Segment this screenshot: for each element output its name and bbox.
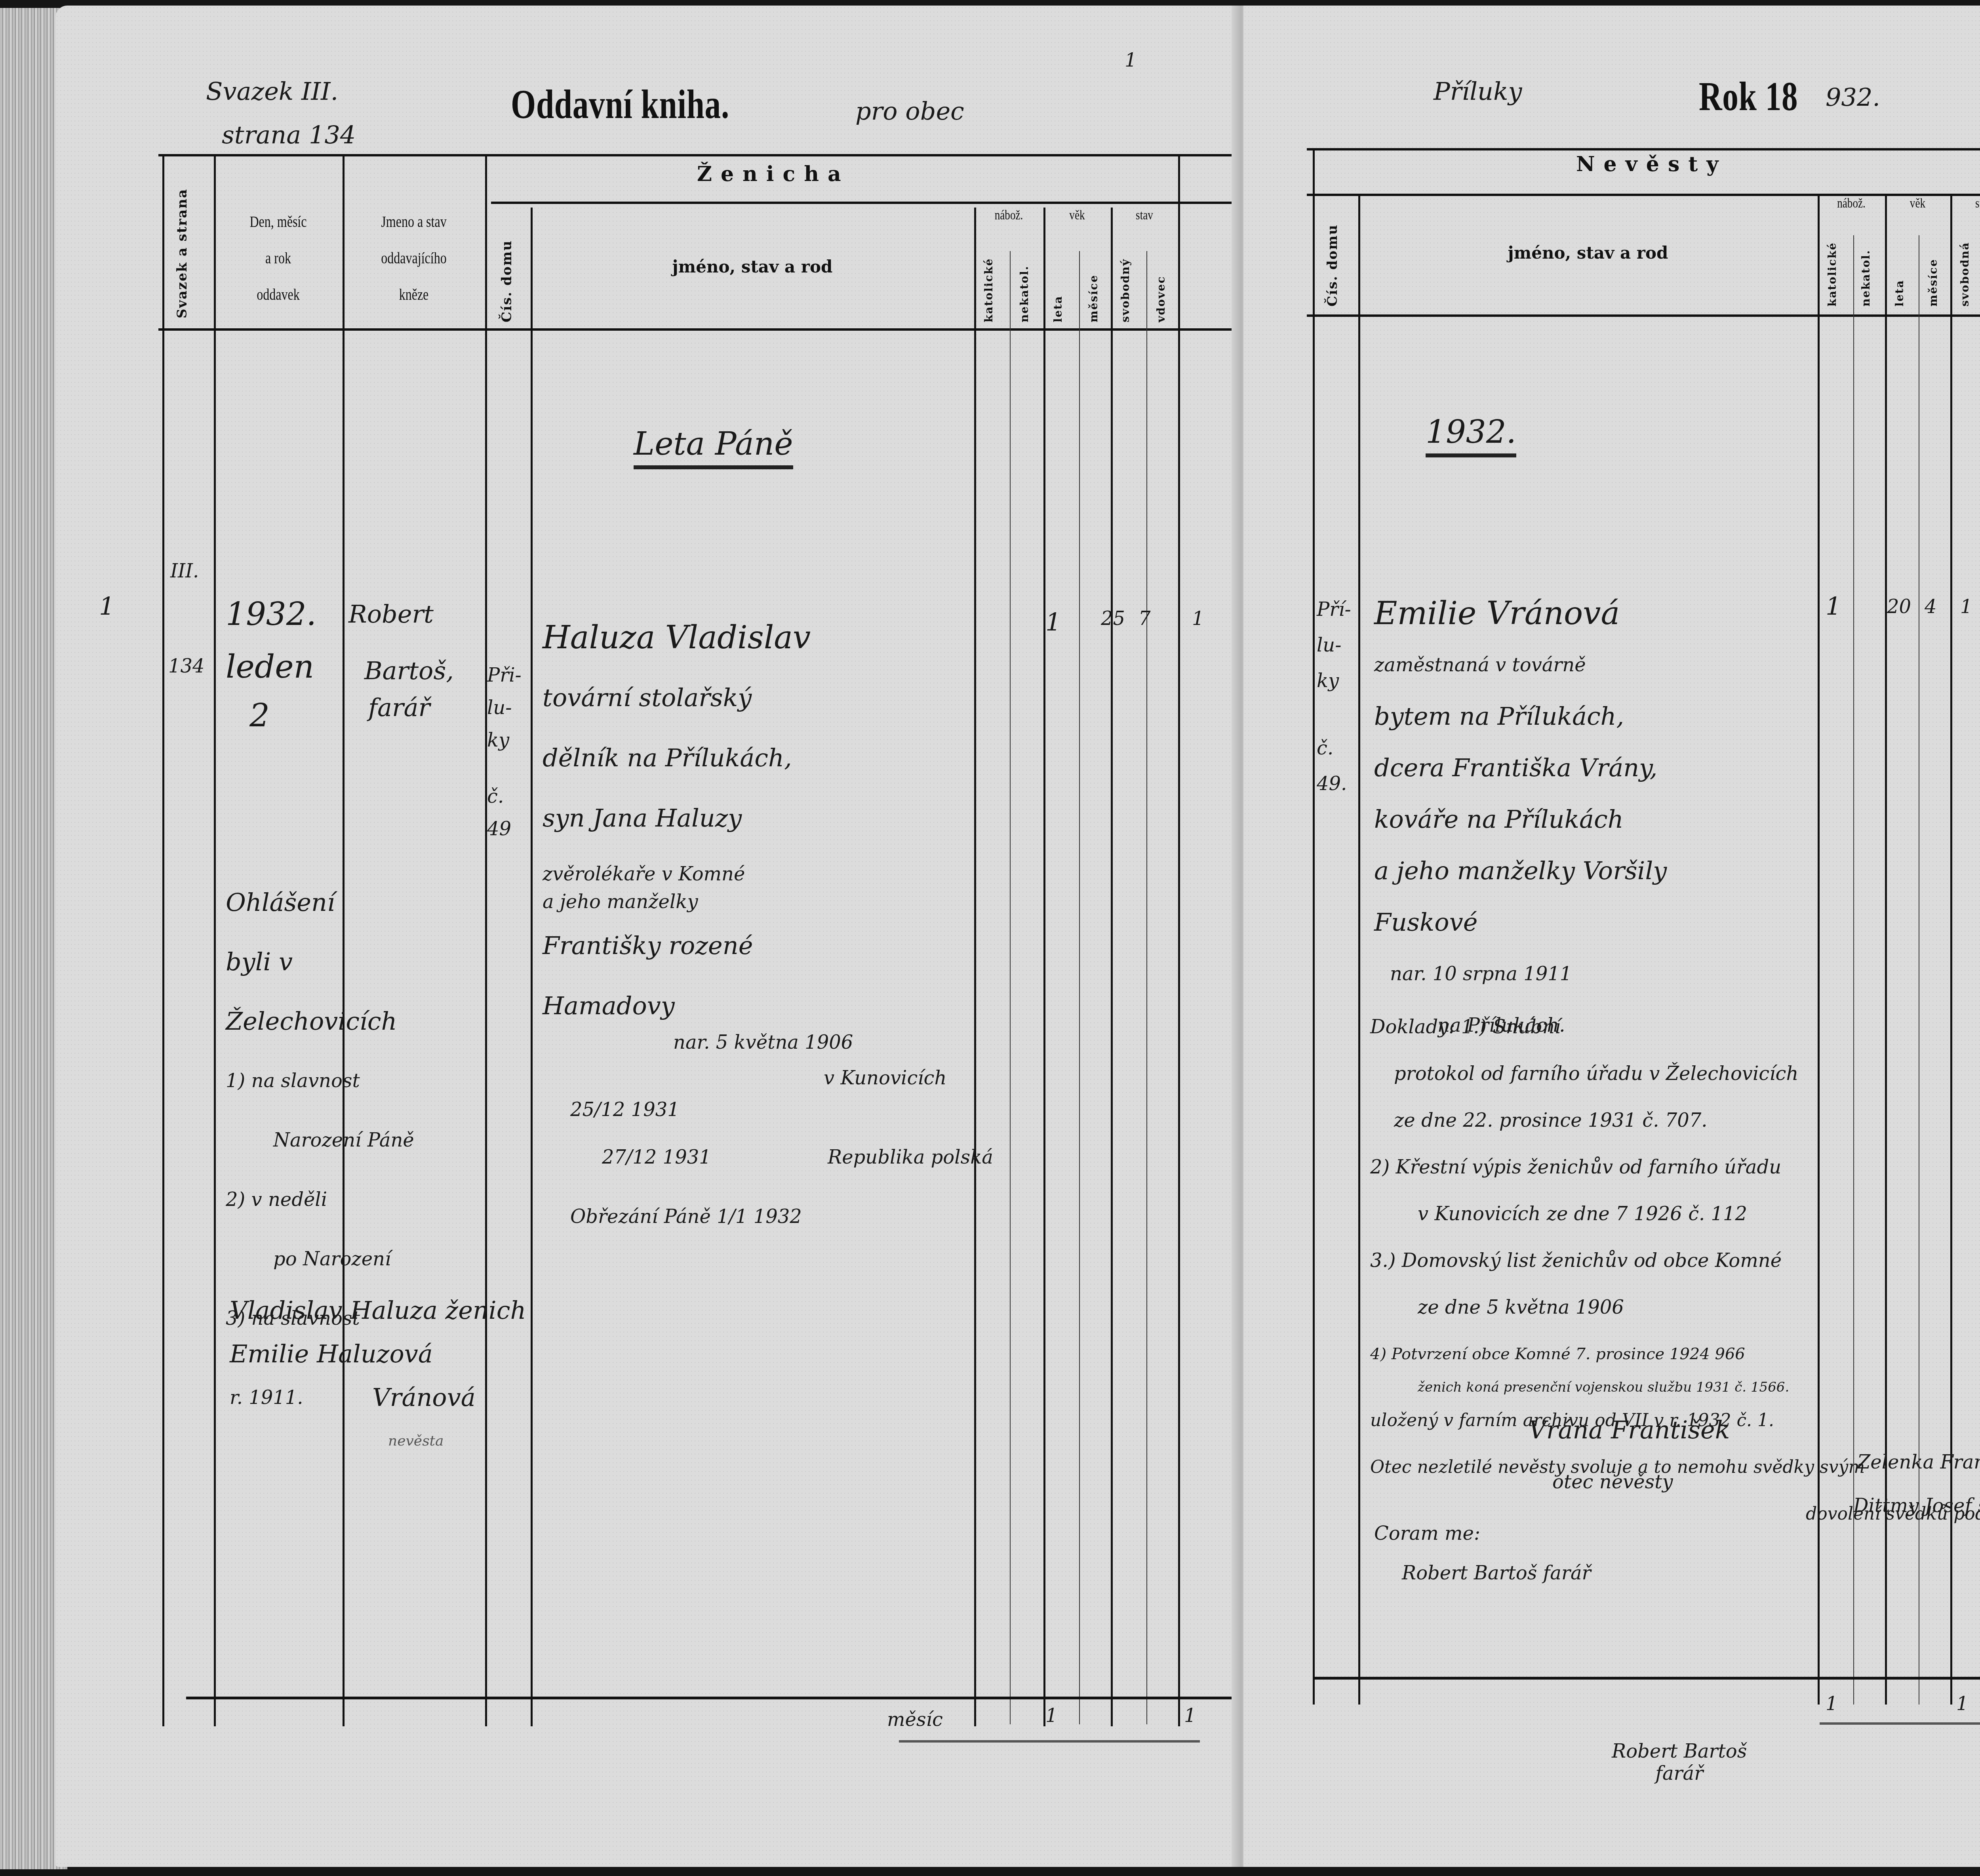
- col-rule: [1313, 148, 1315, 1705]
- col-rule: [1178, 154, 1180, 1726]
- document-line: protokol od farního úřadu v Želechovicíc…: [1394, 1050, 1980, 1097]
- title-suffix: pro obec: [855, 97, 964, 126]
- col-header-house: Čís. domu: [499, 239, 515, 322]
- house-line: ky: [1317, 663, 1351, 699]
- bride-line: bytem na Přílukách,: [1374, 691, 1667, 742]
- house-line: 49: [487, 813, 522, 845]
- page-corner-mark: 1: [1125, 49, 1137, 71]
- page-title: Oddavní kniha.: [511, 81, 729, 128]
- priest-line: Bartoš,: [364, 656, 454, 685]
- header-bottom-rule: [158, 328, 1243, 331]
- col-header-priest: Jmeno a stav oddavajícího kněze: [357, 204, 471, 313]
- priest-line: Robert: [348, 600, 454, 629]
- groom-age-months: 7: [1138, 608, 1151, 630]
- footer-rule: [186, 1697, 1243, 1699]
- col-header-bride-name: jméno, stav a rod: [1358, 243, 1818, 263]
- house-line: lu-: [1317, 627, 1351, 663]
- groom-birth: nar. 5 května 1906: [673, 1031, 853, 1053]
- footer-tally-catholic: 1: [1045, 1705, 1058, 1727]
- bride-details: Emilie Vránová zaměstnaná v továrně byte…: [1374, 588, 1667, 1051]
- footer-rule: [1315, 1677, 1980, 1680]
- col-header-years: leta: [1893, 275, 1906, 307]
- col-header-single: svobodný: [1119, 251, 1132, 322]
- date-month: leden: [226, 648, 316, 685]
- footer-signature-title: farář: [1612, 1762, 1747, 1785]
- section-header-bride: Nevěsty: [1576, 152, 1727, 176]
- banns-line: 2) v neděli: [226, 1170, 414, 1229]
- col-header-age: věk: [1892, 192, 1944, 215]
- signature-father: Vrána František: [1529, 1415, 1730, 1444]
- groom-line: Františky rozené: [543, 916, 811, 976]
- groom-line: tovární stolařský: [543, 668, 811, 728]
- bride-catholic: 1: [1826, 592, 1841, 621]
- bride-line: a jeho manželky Voršily: [1374, 845, 1667, 897]
- signature-line: nevěsta: [388, 1419, 526, 1463]
- groom-age-years: 25: [1101, 608, 1125, 630]
- header-bottom-rule: [1307, 314, 1980, 317]
- signature-father-label: otec nevěsty: [1552, 1471, 1673, 1493]
- banns-date-3: Obřezání Páně 1/1 1932: [570, 1206, 802, 1228]
- footer-tally-catholic: 1: [1826, 1693, 1838, 1715]
- col-rule: [1043, 208, 1045, 1726]
- col-rule: [1146, 251, 1147, 1724]
- year-handwritten: 932.: [1826, 83, 1880, 112]
- groom-line: dělník na Přílukách,: [543, 728, 811, 788]
- banns-notes: Ohlášení byli v Želechovicích 1) na slav…: [226, 873, 414, 1348]
- banns-line: Narození Páně: [273, 1110, 414, 1170]
- right-page: Příluky Rok 18 932. Nevěsty Svědkův Čís.…: [1243, 6, 1980, 1867]
- groom-details: Haluza Vladislav tovární stolařský dělní…: [543, 608, 811, 1036]
- bride-line: nar. 10 srpna 1911: [1390, 948, 1667, 1000]
- banns-line: Želechovicích: [226, 992, 414, 1051]
- col-header-years: leta: [1051, 291, 1064, 322]
- col-header-noncatholic: nekatol.: [1018, 255, 1031, 322]
- banns-line: po Narození: [273, 1229, 414, 1289]
- header-line: oddavek: [227, 276, 330, 313]
- coram-me: Coram me:: [1374, 1522, 1480, 1545]
- bride-line: Fuskové: [1374, 897, 1667, 948]
- footer-tally-label: měsíc: [887, 1708, 943, 1731]
- table-top-rule: [158, 154, 1243, 156]
- groom-birthplace: v Kunovicích: [824, 1067, 946, 1089]
- header-line: Jmeno a stav: [357, 204, 471, 240]
- section-rule: [1307, 194, 1980, 196]
- header-line: Den, měsíc: [227, 204, 330, 240]
- col-header-catholic: katolické: [982, 251, 995, 322]
- col-rule: [162, 154, 164, 1726]
- section-header-groom: Ženicha: [697, 162, 850, 186]
- document-line: 2) Křestní výpis ženichův od farního úřa…: [1370, 1144, 1980, 1190]
- house-line: ky: [487, 724, 522, 756]
- signature-priest: Robert Bartoš farář: [1402, 1562, 1591, 1584]
- bride-line: zaměstnaná v továrně: [1374, 639, 1667, 691]
- col-header-house: Čís. domu: [1325, 223, 1340, 307]
- col-header-status: stav: [1118, 204, 1171, 227]
- document-line: v Kunovicích ze dne 7 1926 č. 112: [1418, 1190, 1980, 1237]
- house-line: č.: [1317, 730, 1351, 766]
- col-header-religion: nábož.: [1824, 192, 1878, 215]
- col-rule: [1010, 251, 1011, 1724]
- footer-tally-rule: [1820, 1722, 1980, 1725]
- year-title: Rok 18: [1699, 73, 1798, 120]
- bride-line: kováře na Přílukách: [1374, 794, 1667, 845]
- bride-single: 1: [1960, 596, 1972, 618]
- margin-note-svazek: Svazek III.: [206, 77, 338, 106]
- document-line: 3.) Domovský list ženichův od obce Komné: [1370, 1237, 1980, 1284]
- house-line: Při-: [487, 659, 522, 691]
- col-rule: [531, 208, 533, 1726]
- signature-witness-zelenka: Zelenka František svědek: [1857, 1451, 1980, 1473]
- col-rule: [1111, 208, 1113, 1726]
- signature-line: Vladislav Haluza ženich: [230, 1289, 526, 1332]
- footer-tally-rule: [899, 1740, 1200, 1743]
- document-line: 4) Potvrzení obce Komné 7. prosince 1924…: [1370, 1331, 1980, 1377]
- house-line: lu-: [487, 691, 522, 724]
- banns-date-1: 25/12 1931: [570, 1099, 680, 1121]
- header-line: a rok: [227, 240, 330, 276]
- signature-line: Emilie Haluzová: [230, 1332, 526, 1376]
- groom-line: zvěrolékaře v Komné: [543, 860, 811, 888]
- col-rule: [485, 154, 487, 1726]
- entry-date: 1932. leden 2: [226, 596, 316, 734]
- groom-line: Haluza Vladislav: [543, 608, 811, 668]
- section-heading-leta-pane: Leta Páně: [634, 425, 793, 469]
- banns-line: 1) na slavnost: [226, 1051, 414, 1110]
- col-header-single: svobodná: [1958, 235, 1971, 307]
- place-name: Příluky: [1434, 77, 1522, 106]
- col-header-date: Den, měsíc a rok oddavek: [227, 204, 330, 313]
- banns-date-2: 27/12 1931: [602, 1146, 711, 1168]
- house-line: č.: [487, 780, 522, 813]
- banns-line: byli v: [226, 932, 414, 992]
- bride-line: dcera Františka Vrány,: [1374, 742, 1667, 794]
- entry-strana: 134: [168, 655, 205, 677]
- table-top-rule: [1307, 148, 1980, 150]
- document-line: Doklady: 1.) Snubní: [1370, 1004, 1980, 1050]
- entry-house: Při- lu- ky č. 49: [487, 659, 522, 845]
- header-line: kněze: [357, 276, 471, 313]
- row-number: 1: [99, 592, 114, 621]
- col-rule: [214, 154, 216, 1726]
- date-day: 2: [249, 697, 316, 734]
- col-header-religion: nábož.: [981, 204, 1037, 227]
- groom-line: syn Jana Haluzy: [543, 788, 811, 848]
- col-rule: [974, 208, 976, 1726]
- col-header-svazek-strana: Svazek a strana: [174, 176, 190, 318]
- groom-line: Hamadovy: [543, 976, 811, 1036]
- margin-note-strana: strana 134: [222, 120, 356, 149]
- bride-line: Emilie Vránová: [1374, 588, 1667, 639]
- col-header-catholic: katolické: [1826, 235, 1839, 307]
- signature-line: Vránová: [372, 1376, 526, 1419]
- left-page: Svazek III. strana 134 Oddavní kniha. pr…: [55, 6, 1243, 1867]
- entry-house: Pří- lu- ky č. 49.: [1317, 592, 1351, 802]
- col-rule: [1358, 196, 1360, 1705]
- republic-note: Republika polská: [828, 1146, 993, 1168]
- col-header-noncatholic: nekatol.: [1859, 239, 1872, 307]
- header-line: oddavajícího: [357, 240, 471, 276]
- house-line: Pří-: [1317, 592, 1351, 627]
- signature-witness-dittmy: Dittmy Josef svědek: [1853, 1495, 1980, 1517]
- col-header-status: stav: [1957, 192, 1980, 215]
- document-line: ženich koná presenční vojenskou službu 1…: [1418, 1377, 1980, 1397]
- document-line: ze dne 5 května 1906: [1418, 1284, 1980, 1331]
- footer-signature-name: Robert Bartoš: [1612, 1740, 1747, 1762]
- priest-line: farář: [368, 693, 454, 722]
- groom-single: 1: [1192, 608, 1204, 630]
- document-line: ze dne 22. prosince 1931 č. 707.: [1394, 1097, 1980, 1144]
- banns-line: Ohlášení: [226, 873, 414, 932]
- col-header-months: měsíce: [1087, 267, 1100, 322]
- col-header-months: měsíce: [1927, 251, 1940, 307]
- col-header-age: věk: [1050, 204, 1104, 227]
- footer-tally-single: 1: [1956, 1693, 1969, 1715]
- house-line: 49.: [1317, 766, 1351, 802]
- footer-tally-single: 1: [1184, 1705, 1196, 1727]
- col-header-widower: vdovec: [1154, 271, 1167, 322]
- entry-priest: Robert Bartoš, farář: [348, 600, 454, 722]
- footer-signature: Robert Bartoš farář: [1612, 1740, 1747, 1785]
- year-heading: 1932.: [1426, 413, 1516, 457]
- entry-svazek: III.: [170, 560, 199, 582]
- groom-line: a jeho manželky: [543, 888, 811, 916]
- col-header-groom-name: jméno, stav a rod: [531, 257, 974, 276]
- col-rule: [1079, 251, 1080, 1724]
- left-signatures: Vladislav Haluza ženich Emilie Haluzová …: [230, 1289, 526, 1463]
- groom-catholic: 1: [1045, 608, 1061, 636]
- bride-age-years: 20: [1887, 596, 1911, 618]
- bride-age-months: 4: [1925, 596, 1937, 618]
- date-year: 1932.: [226, 596, 316, 632]
